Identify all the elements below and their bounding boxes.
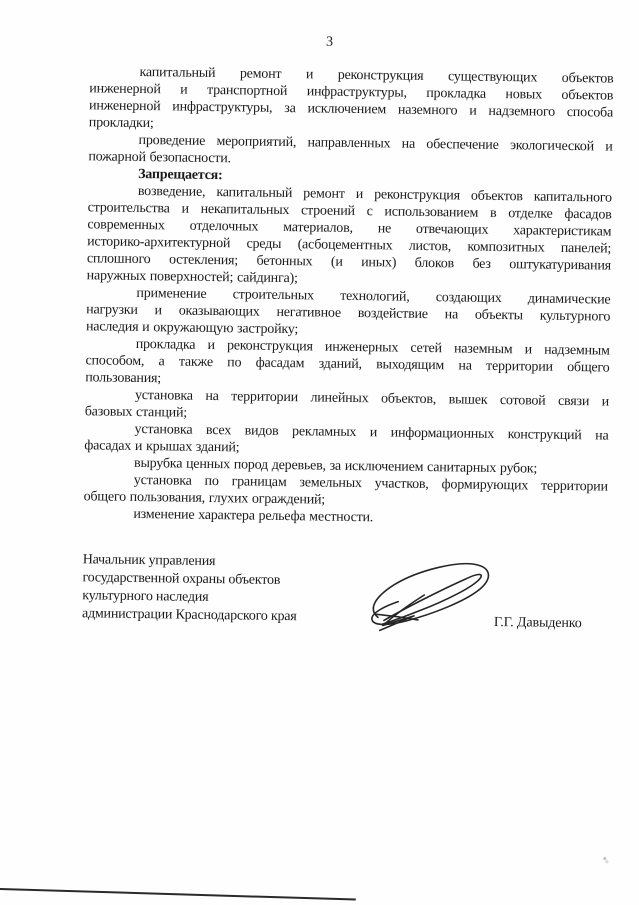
- signature-block: Начальник управления государственной охр…: [82, 551, 607, 648]
- document-page: 3 капитальный ремонт и реконструкция сущ…: [0, 0, 639, 905]
- signatory-name: Г.Г. Давыденко: [494, 615, 582, 632]
- handwritten-signature-icon: [362, 557, 495, 635]
- signatory-title-line: администрации Краснодарского края: [82, 605, 297, 626]
- document-body: капитальный ремонт и реконструкция сущес…: [83, 63, 613, 529]
- paragraph: применение строительных технологий, созд…: [86, 284, 611, 342]
- paragraph: прокладка и реконструкция инженерных сет…: [85, 335, 610, 393]
- paragraph: возведение, капитальный ремонт и реконст…: [87, 182, 612, 291]
- scan-artifact-speck: [602, 855, 609, 864]
- page-number: 3: [326, 34, 333, 51]
- paragraph: капитальный ремонт и реконструкция сущес…: [89, 63, 614, 138]
- signatory-title: Начальник управления государственной охр…: [82, 551, 298, 626]
- scanned-content: 3 капитальный ремонт и реконструкция сущ…: [0, 0, 639, 905]
